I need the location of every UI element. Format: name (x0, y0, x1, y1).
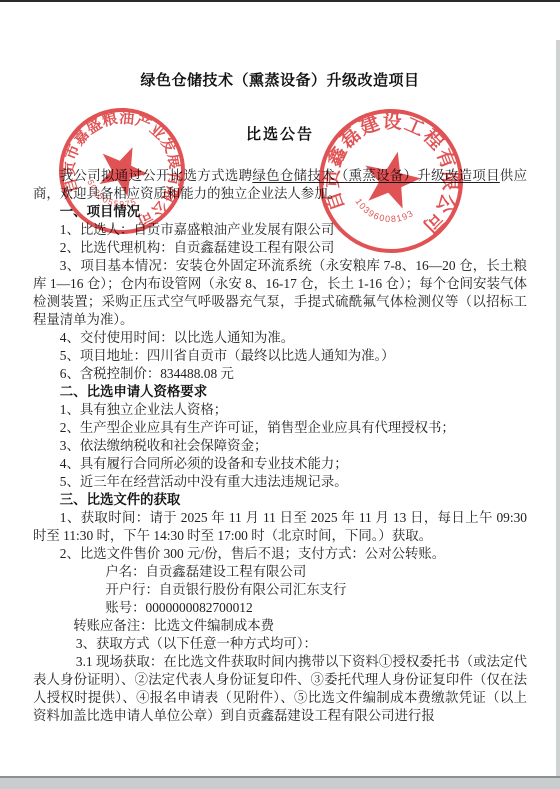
text-run: 开户行：自贡银行股份有限公司汇东支行 (105, 582, 346, 597)
text-run: 6、含税控制价：834488.08 元 (60, 366, 234, 381)
text-run: 2、比选代理机构：自贡鑫磊建设工程有限公司 (60, 240, 335, 255)
paragraph: 2、生产型企业应具有生产许可证，销售型企业应具有代理授权书； (33, 419, 527, 437)
text-run: 3、获取方式（以下任意一种方式均可）： (76, 636, 317, 651)
document-body: 我公司拟通过公开比选方式选聘绿色仓储技术（熏蒸设备）升级改造项目供应商，欢迎具备… (33, 167, 527, 725)
text-run: 三、比选文件的获取 (60, 492, 181, 507)
paragraph: 2、比选文件售价 300 元/份，售后不退；支付方式：公对公转账。 (33, 545, 527, 563)
paragraph: 1、具有独立企业法人资格； (33, 401, 527, 419)
paragraph: 5、项目地址：四川省自贡市（最终以比选人通知为准。） (33, 347, 527, 365)
text-run: 1、获取时间：请于 2025 年 11 月 11 日至 2025 年 11 月 … (33, 510, 527, 543)
text-run: 账号：0000000082700012 (105, 600, 252, 615)
section-heading: 二、比选申请人资格要求 (33, 383, 527, 401)
text-run: 1、具有独立企业法人资格； (60, 402, 227, 417)
section-heading: 三、比选文件的获取 (33, 491, 527, 509)
text-run: 4、具有履行合同所必须的设备和专业技术能力； (60, 456, 348, 471)
paragraph: 转账应备注：比选文件编制成本费 (33, 617, 527, 635)
paragraph: 1、获取时间：请于 2025 年 11 月 11 日至 2025 年 11 月 … (33, 509, 527, 545)
text-run: 转账应备注：比选文件编制成本费 (73, 618, 274, 633)
paragraph: 3、依法缴纳税收和社会保障资金； (33, 437, 527, 455)
text-run: 3.1 现场获取：在比选文件获取时间内携带以下资料①授权委托书（或法定代表人身份… (33, 654, 527, 723)
text-run: 3、依法缴纳税收和社会保障资金； (60, 438, 268, 453)
text-run: 5、近三年在经营活动中没有重大违法违规记录。 (60, 474, 348, 489)
paragraph: 账号：0000000082700012 (33, 599, 527, 617)
text-run: 2、比选文件售价 300 元/份，售后不退；支付方式：公对公转账。 (60, 546, 445, 561)
document-title: 绿色仓储技术（熏蒸设备）升级改造项目 (33, 69, 527, 90)
paragraph: 开户行：自贡银行股份有限公司汇东支行 (33, 581, 527, 599)
text-run: 户名：自贡鑫磊建设工程有限公司 (105, 564, 306, 579)
text-run: 2、生产型企业应具有生产许可证，销售型企业应具有代理授权书； (60, 420, 455, 435)
star-icon (358, 145, 426, 211)
paragraph: 户名：自贡鑫磊建设工程有限公司 (33, 563, 527, 581)
paragraph: 4、具有履行合同所必须的设备和专业技术能力； (33, 455, 527, 473)
paragraph: 3、项目基本情况：安装仓外固定环流系统（永安粮库 7-8、16—20 仓，长土粮… (33, 257, 527, 329)
text-run: 5、项目地址：四川省自贡市（最终以比选人通知为准。） (60, 348, 395, 363)
paragraph: 5、近三年在经营活动中没有重大违法违规记录。 (33, 473, 527, 491)
text-run: 3、项目基本情况：安装仓外固定环流系统（永安粮库 7-8、16—20 仓，长土粮… (33, 258, 527, 327)
paragraph: 3.1 现场获取：在比选文件获取时间内携带以下资料①授权委托书（或法定代表人身份… (33, 653, 527, 725)
paragraph: 4、交付使用时间：以比选人通知为准。 (33, 329, 527, 347)
paragraph: 6、含税控制价：834488.08 元 (33, 365, 527, 383)
scan-edge-bottom (0, 776, 560, 789)
text-run: 4、交付使用时间：以比选人通知为准。 (60, 330, 294, 345)
paragraph: 3、获取方式（以下任意一种方式均可）： (33, 635, 527, 653)
text-run: 二、比选申请人资格要求 (60, 384, 207, 399)
